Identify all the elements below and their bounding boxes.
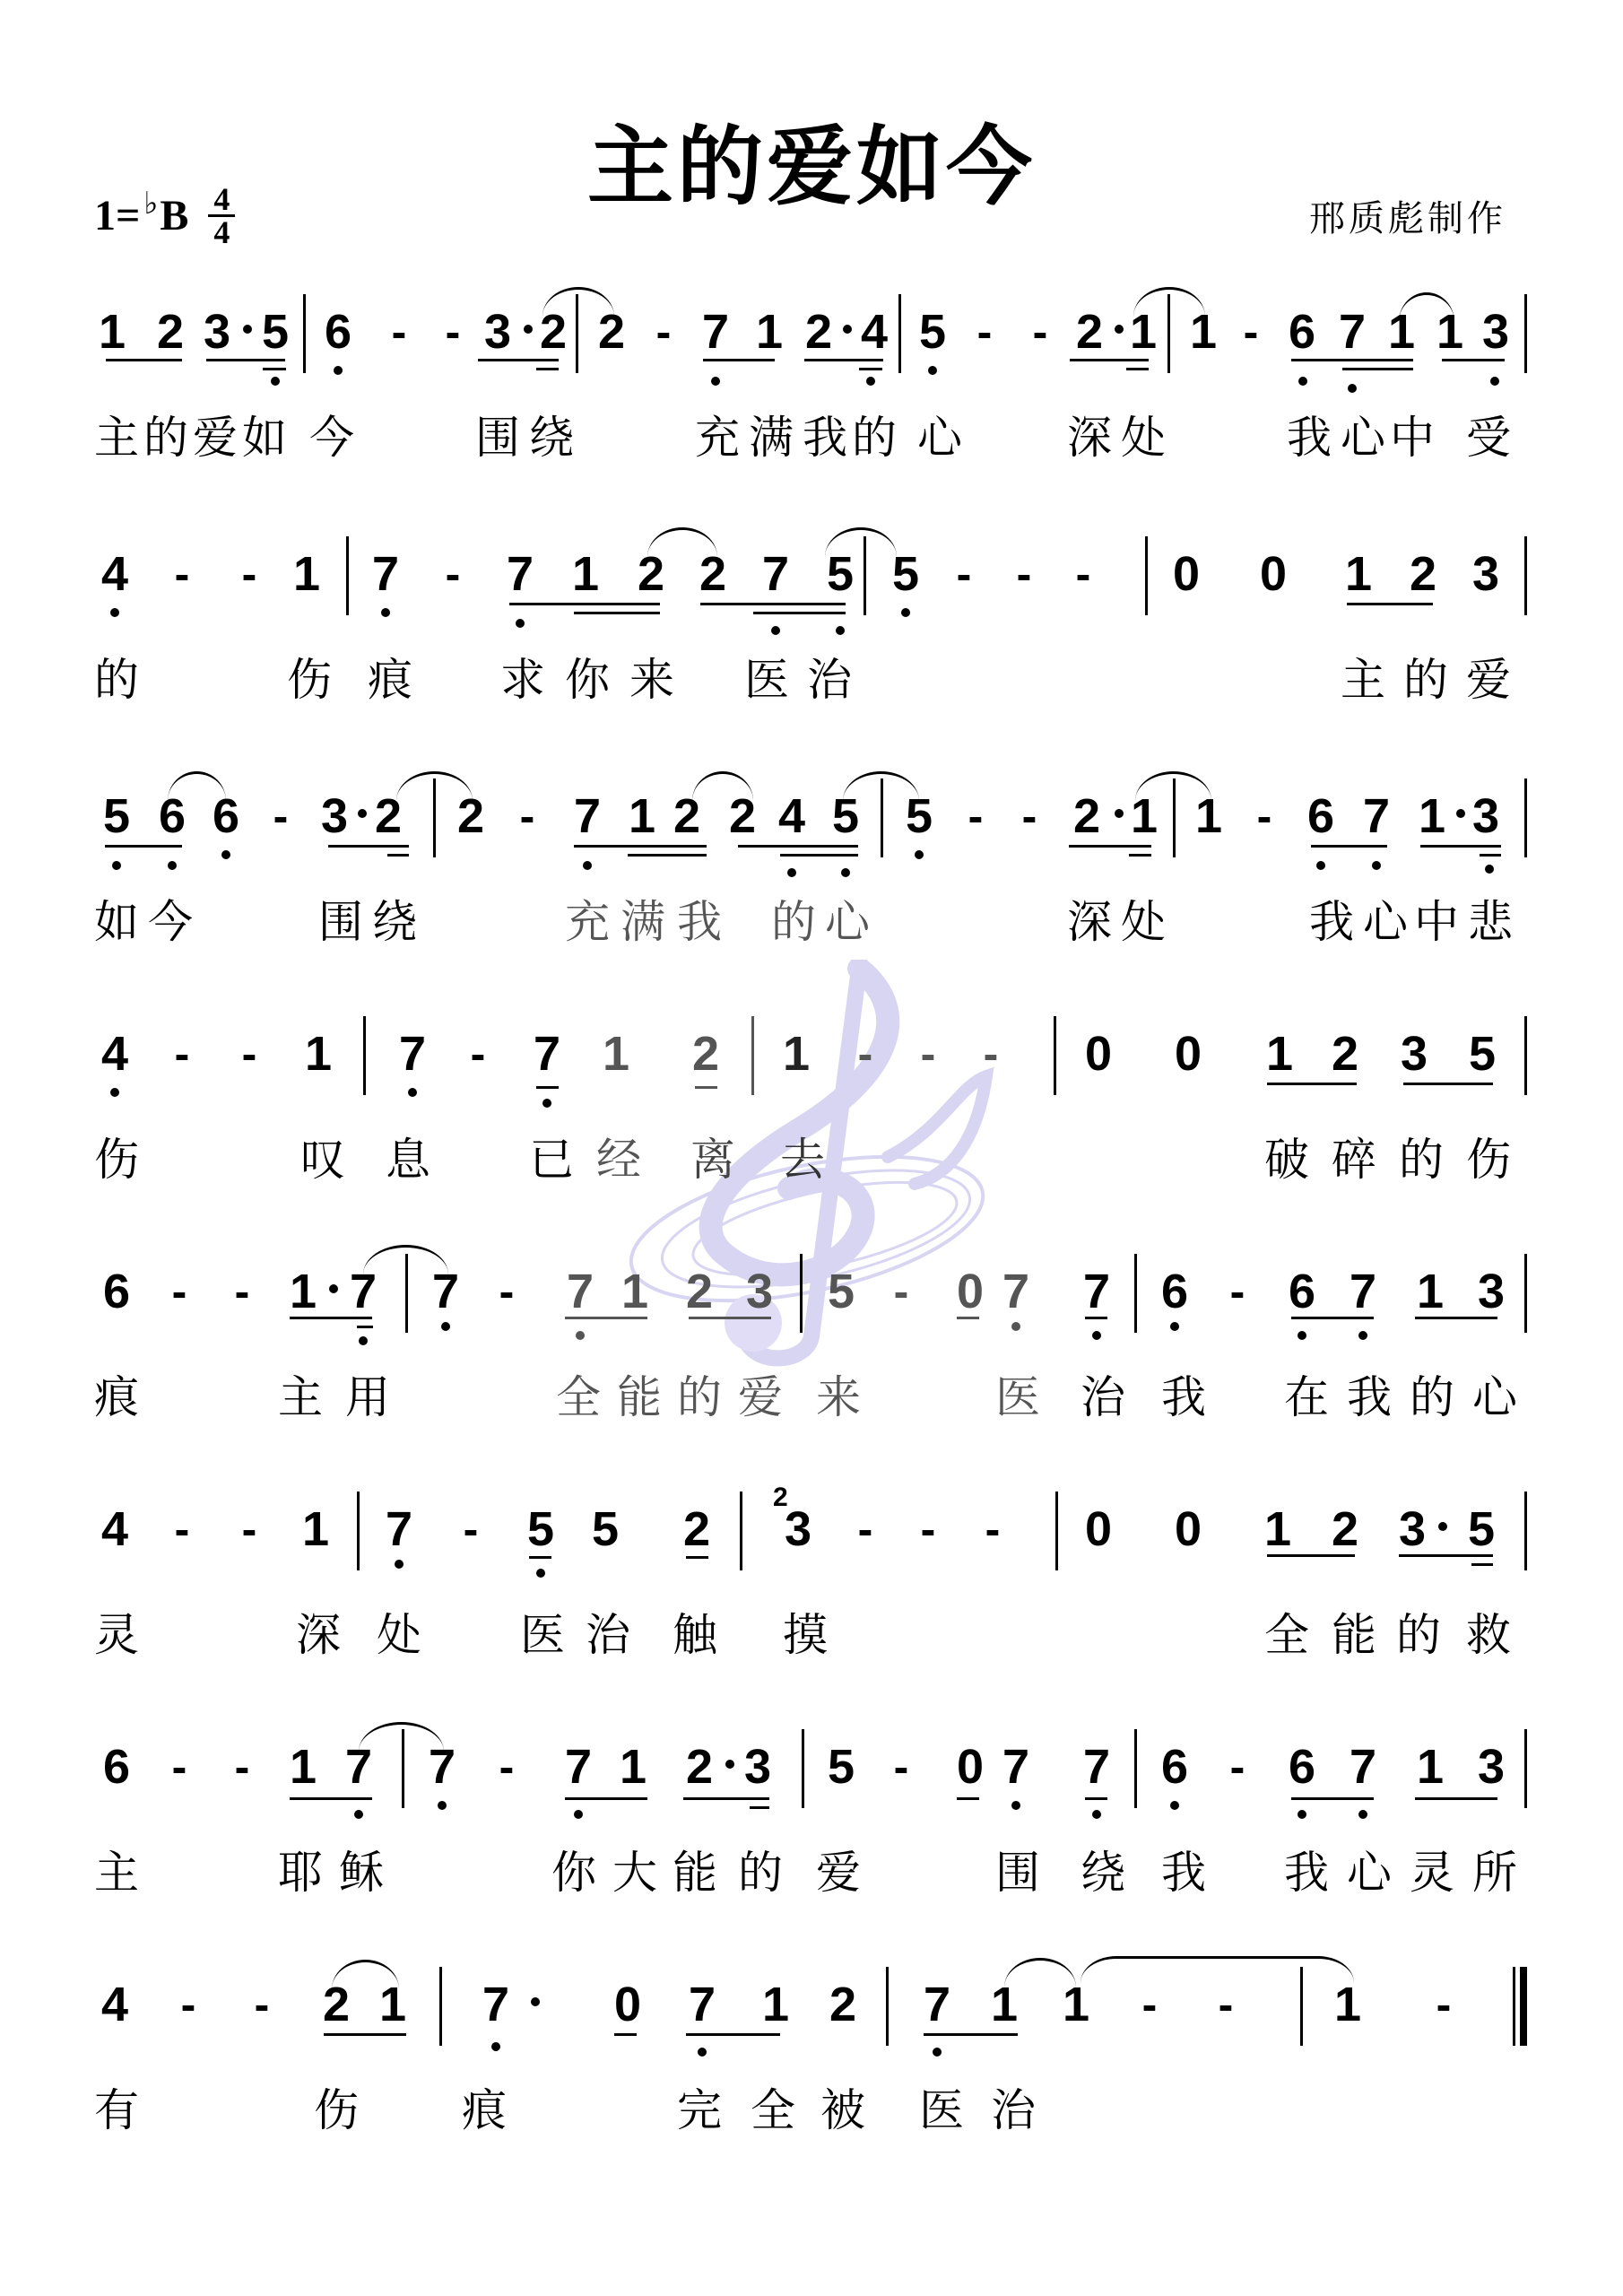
lyric: 用 [341, 1361, 395, 1426]
barline [1524, 1016, 1527, 1095]
dash: - [224, 1740, 260, 1794]
low-octave-dot [359, 1336, 368, 1345]
meter-top: 4 [213, 184, 230, 214]
low-octave-dot [1092, 1331, 1101, 1340]
low-octave-dot [1490, 377, 1499, 386]
lyric: 来 [811, 1361, 865, 1426]
underline [536, 1086, 559, 1089]
low-octave-dot [711, 377, 720, 386]
underline [700, 603, 846, 605]
lyric: 心 [1358, 886, 1412, 951]
lyric: 已 [525, 1124, 578, 1188]
note: 0 [1170, 1027, 1206, 1081]
note: 1 [751, 305, 787, 359]
note: 1 [94, 305, 130, 359]
note: 1 [598, 1027, 634, 1081]
low-octave-dot [866, 377, 875, 386]
underline [1415, 1797, 1497, 1800]
dash: - [973, 1027, 1009, 1081]
underline [1085, 1317, 1107, 1319]
low-octave-dot [576, 1331, 585, 1340]
lyric: 我 [1305, 886, 1358, 951]
note: 7 [478, 1978, 514, 2031]
note: 2 [801, 305, 837, 359]
lyric: 能 [1327, 1599, 1381, 1664]
note: 6 [1284, 1740, 1320, 1794]
lyric: 经 [592, 1124, 646, 1188]
tie [825, 527, 897, 557]
lyric: 围 [471, 402, 525, 466]
lyric: 爱 [811, 1837, 865, 1901]
tie [332, 1960, 399, 1989]
underline [328, 845, 409, 848]
lyric: 全 [551, 1361, 605, 1426]
lyric: 我 [673, 886, 726, 951]
dash: - [161, 1740, 197, 1794]
barline [800, 1254, 803, 1333]
dash: - [946, 547, 982, 601]
lyric: 满 [616, 886, 670, 951]
dash: - [224, 1265, 260, 1318]
low-octave-dot [542, 1099, 551, 1108]
dash: - [1426, 1978, 1462, 2031]
note: 0 [1255, 547, 1291, 601]
note: 1 [758, 1978, 794, 2031]
low-octave-dot [1372, 861, 1381, 870]
lyric: 耶 [273, 1837, 327, 1901]
lyric: 稣 [334, 1837, 388, 1901]
barline [1524, 294, 1527, 373]
staff-row-2: 4 - - 1 7 - 7 1 2 2 7 5 5 - - - 0 0 1 2 … [0, 547, 1623, 762]
lyric: 如 [90, 886, 143, 951]
note: 1 [778, 1027, 814, 1081]
note: 5 [587, 1502, 623, 1556]
lyric: 主 [90, 1837, 143, 1901]
note: 1 [1260, 1502, 1296, 1556]
note: 7 [560, 1740, 596, 1794]
note: 4 [774, 789, 810, 843]
lyric: 医 [740, 644, 794, 709]
lyric: 主 [1336, 644, 1390, 709]
dash: - [1022, 305, 1058, 359]
lyric: 摸 [778, 1599, 832, 1664]
staff-row-6: 4 - - 1 7 - 5 5 2 2 3 - - - 0 0 1 2 3 5 … [0, 1502, 1623, 1718]
underline [106, 359, 182, 361]
lyric: 我 [1157, 1361, 1211, 1426]
staff-row-4: 4 - - 1 7 - 7 1 2 1 - - - 0 0 1 2 3 5 伤 … [0, 1027, 1623, 1242]
key-signature: 1= ♭ B 4 4 [94, 184, 235, 248]
low-octave-dot [381, 608, 390, 617]
note: 3 [1396, 1027, 1432, 1081]
note: 7 [424, 1740, 460, 1794]
underline [1342, 368, 1413, 370]
barline [1167, 294, 1170, 373]
dash: - [1246, 789, 1282, 843]
barline [1300, 1967, 1303, 2046]
low-octave-dot [1358, 1810, 1367, 1819]
lyric: 中 [1410, 886, 1463, 951]
underline [1291, 1797, 1374, 1800]
note: 5 [901, 789, 937, 843]
low-octave-dot [438, 1801, 447, 1810]
note: 2 [695, 547, 731, 601]
lyric: 围 [314, 886, 368, 951]
note: 3 [480, 305, 516, 359]
flat-icon: ♭ [143, 186, 158, 222]
note: 7 [529, 1027, 565, 1081]
dash: - [164, 547, 200, 601]
barline [751, 1016, 754, 1095]
note: 2 [1072, 305, 1107, 359]
dash: - [244, 1978, 280, 2031]
note: 1 [617, 1265, 653, 1318]
lyric: 的 [139, 402, 193, 466]
note: 3 [317, 789, 352, 843]
author-credit: 邢质彪制作 [1309, 190, 1506, 241]
barline [1145, 536, 1148, 615]
note: 2 [453, 789, 489, 843]
barline [1524, 536, 1527, 615]
low-octave-dot [516, 619, 525, 628]
dash: - [509, 789, 545, 843]
lyric: 处 [1116, 886, 1170, 951]
note: 2 [1405, 547, 1441, 601]
low-octave-dot [771, 626, 780, 635]
lyric: 我 [1280, 1837, 1333, 1901]
lyric: 爱 [733, 1361, 787, 1426]
lyric: 的 [1394, 1124, 1448, 1188]
low-octave-dot [334, 366, 343, 375]
lyric: 痕 [457, 2074, 511, 2139]
underline [924, 2033, 1018, 2036]
note: 1 [1412, 1265, 1448, 1318]
low-octave-dot [1092, 1810, 1101, 1819]
lyric grey: 充 [560, 886, 614, 951]
augmentation-dot [1115, 809, 1124, 818]
lyric: 被 [816, 2074, 870, 2139]
low-octave-dot [836, 626, 845, 635]
dash: - [1132, 1978, 1167, 2031]
lyric: 救 [1462, 1599, 1515, 1664]
dash: - [231, 547, 267, 601]
barline [1524, 1729, 1527, 1808]
note: 1 [1262, 1027, 1298, 1081]
note: 1 [1330, 1978, 1366, 2031]
barline [898, 294, 901, 373]
dash: - [231, 1502, 267, 1556]
note: 7 [758, 547, 794, 601]
note: 5 [257, 305, 293, 359]
lyric: 破 [1260, 1124, 1314, 1188]
note: 7 [1079, 1265, 1115, 1318]
lyric: 全 [1260, 1599, 1314, 1664]
low-octave-dot [221, 850, 230, 859]
dash: - [1011, 789, 1047, 843]
low-octave-dot [408, 1088, 417, 1097]
underline [105, 845, 182, 848]
note: 1 [289, 547, 325, 601]
note: 7 [562, 1265, 598, 1318]
low-octave-dot [110, 1088, 119, 1097]
lyric: 心 [820, 886, 874, 951]
dash: - [489, 1265, 525, 1318]
note: 1 [300, 1027, 336, 1081]
lyric: 深 [1063, 886, 1116, 951]
low-octave-dot [271, 377, 280, 386]
note: 2 [681, 1740, 717, 1794]
dash: - [164, 1027, 200, 1081]
dash: - [161, 1265, 197, 1318]
low-octave-dot [787, 868, 796, 877]
note: 1 [1414, 789, 1450, 843]
lyric: 充 [690, 402, 744, 466]
note: 7 [368, 547, 404, 601]
lyric: 来 [625, 644, 679, 709]
dash: - [1208, 1978, 1244, 2031]
augmentation-dot [843, 325, 852, 334]
note: 5 [99, 789, 135, 843]
note: 3 [199, 305, 235, 359]
note: 4 [97, 1978, 133, 2031]
lyric: 心 [1342, 1837, 1396, 1901]
augmentation-dot [1115, 325, 1124, 334]
barline [1524, 778, 1527, 857]
lyric: 伤 [1462, 1124, 1515, 1188]
dash: - [1219, 1265, 1255, 1318]
underline [957, 1317, 979, 1319]
note: 2 [1069, 789, 1105, 843]
note: 4 [97, 547, 133, 601]
note: 1 [568, 547, 603, 601]
note: 7 [395, 1027, 430, 1081]
lyric: 今 [143, 886, 197, 951]
underline [738, 845, 858, 848]
low-octave-dot [395, 1560, 404, 1569]
barline [357, 1492, 360, 1570]
lyric: 伤 [309, 2074, 363, 2139]
dash: - [847, 1027, 883, 1081]
barline [1055, 1492, 1058, 1570]
note: 7 [684, 1978, 720, 2031]
note: 7 [1334, 305, 1370, 359]
lyric: 痕 [90, 1361, 143, 1426]
note: 1 [285, 1740, 321, 1794]
underline [290, 1797, 372, 1800]
dash: - [1065, 547, 1101, 601]
barline [1054, 1016, 1056, 1095]
lyric: 的 [1392, 1599, 1445, 1664]
low-octave-dot [574, 1810, 583, 1819]
barline [576, 294, 578, 373]
note: 2 [1327, 1502, 1363, 1556]
lyric: 能 [612, 1361, 666, 1426]
lyric: 绕 [1076, 1837, 1130, 1901]
dash: - [883, 1265, 919, 1318]
note: 5 [1464, 1027, 1500, 1081]
lyric: 伤 [90, 1124, 143, 1188]
underline [290, 1317, 372, 1319]
lyric: 痕 [363, 644, 417, 709]
lyric: 我 [1282, 402, 1336, 466]
underline [957, 1797, 979, 1800]
underline [387, 854, 409, 857]
lyric: 你 [547, 1837, 601, 1901]
barline [864, 536, 866, 615]
note: 3 [1394, 1502, 1430, 1556]
note: 7 [919, 1978, 955, 2031]
final-barline-thick [1520, 1967, 1527, 2046]
augmentation-dot [1456, 809, 1465, 818]
augmentation-dot [243, 325, 252, 334]
lyric: 治 [803, 644, 856, 709]
time-signature: 4 4 [208, 184, 235, 248]
note: 5 [1463, 1502, 1499, 1556]
underline [1267, 1554, 1355, 1557]
underline [206, 359, 285, 361]
lyric: 在 [1280, 1361, 1333, 1426]
lyric: 受 [1462, 402, 1515, 466]
underline [614, 2033, 637, 2036]
note: 1 [1058, 1978, 1094, 2031]
underline [859, 368, 882, 370]
underline [703, 359, 775, 361]
barline [402, 1729, 404, 1808]
underline [1442, 359, 1505, 361]
low-octave-dot [1485, 865, 1494, 874]
lyric: 我 [798, 402, 852, 466]
barline [1173, 778, 1176, 857]
underline [478, 359, 559, 361]
dash: - [646, 305, 681, 359]
underline [1126, 368, 1149, 370]
note: 0 [952, 1740, 988, 1794]
lyric: 深 [291, 1599, 345, 1664]
low-octave-dot [110, 608, 119, 617]
barline [1524, 1254, 1527, 1333]
dash: - [975, 1502, 1011, 1556]
dash: - [1219, 1740, 1255, 1794]
barline [303, 294, 306, 373]
lyric: 心 [1336, 402, 1390, 466]
lyric: 处 [1116, 402, 1170, 466]
lyric: 伤 [282, 644, 336, 709]
underline [1267, 1083, 1357, 1085]
staff-row-8: 4 - - 2 1 7 0 7 1 2 7 1 1 - - 1 - 有 伤 痕 … [0, 1978, 1623, 2193]
note: 7 [1358, 789, 1394, 843]
note: 6 [1157, 1740, 1193, 1794]
note: 0 [610, 1978, 646, 2031]
note: 3 [1468, 789, 1504, 843]
lyric: 医 [991, 1361, 1045, 1426]
augmentation-dot [1438, 1522, 1447, 1531]
dash: - [958, 789, 994, 843]
lyric: 的 [673, 1361, 726, 1426]
lyric: 全 [746, 2074, 800, 2139]
note: 0 [1168, 547, 1204, 601]
underline [1311, 845, 1387, 848]
note: 2 [594, 305, 629, 359]
lyric: 的 [847, 402, 901, 466]
barline [802, 1729, 804, 1808]
note: 2 [725, 789, 760, 843]
low-octave-dot [1298, 377, 1307, 386]
underline [1480, 854, 1501, 857]
note: 6 [1157, 1265, 1193, 1318]
note: 2 [679, 1502, 715, 1556]
underline [686, 1556, 708, 1559]
underline [509, 603, 660, 605]
key-tonic: 1= [94, 191, 140, 240]
dash: - [883, 1740, 919, 1794]
note: 3 [1473, 1740, 1509, 1794]
lyric: 触 [668, 1599, 722, 1664]
lyric: 的 [1405, 1361, 1459, 1426]
dash: - [910, 1027, 946, 1081]
underline [574, 612, 660, 614]
barline [433, 778, 436, 857]
low-octave-dot [354, 1810, 363, 1819]
underline [628, 854, 707, 857]
barline [881, 778, 883, 857]
note: 7 [998, 1265, 1034, 1318]
note: 1 [1191, 789, 1227, 843]
note: 0 [1081, 1502, 1116, 1556]
lyric: 灵 [1405, 1837, 1459, 1901]
lyric: 处 [372, 1599, 426, 1664]
final-barline-thin [1513, 1967, 1515, 2046]
barline [1134, 1729, 1137, 1808]
dash: - [489, 1740, 525, 1794]
lyric: 悲 [1463, 886, 1517, 951]
dash: - [231, 1027, 267, 1081]
underline [1291, 1317, 1374, 1319]
note: 4 [97, 1027, 133, 1081]
lyric: 求 [496, 644, 550, 709]
lyric: 主 [273, 1361, 327, 1426]
key-note: B [160, 191, 188, 240]
lyric: 我 [1157, 1837, 1211, 1901]
dash: - [453, 1502, 489, 1556]
underline [1403, 1083, 1493, 1085]
augmentation-dot [329, 1284, 338, 1293]
note: 0 [1170, 1502, 1206, 1556]
underline [689, 1317, 771, 1319]
note: 6 [99, 1740, 135, 1794]
underline [324, 2033, 406, 2036]
dash: - [1233, 305, 1269, 359]
lyric: 心 [913, 402, 967, 466]
lyric: 医 [516, 1599, 569, 1664]
lyric: 息 [381, 1124, 435, 1188]
lyric: 爱 [1462, 644, 1515, 709]
note: 1 [285, 1265, 321, 1318]
dash: - [381, 305, 417, 359]
lyric: 灵 [90, 1599, 143, 1664]
lyric: 离 [686, 1124, 740, 1188]
low-octave-dot [536, 1569, 545, 1578]
underline [1129, 854, 1151, 857]
note: 3 [780, 1502, 816, 1556]
barline [439, 1967, 442, 2046]
dash: - [170, 1978, 206, 2031]
lyric: 主 [90, 402, 143, 466]
underline [1399, 1554, 1493, 1557]
lyric: 治 [1076, 1361, 1130, 1426]
underline [1085, 1797, 1107, 1800]
low-octave-dot [1348, 384, 1357, 393]
note: 5 [523, 1502, 559, 1556]
dash: - [910, 1502, 946, 1556]
